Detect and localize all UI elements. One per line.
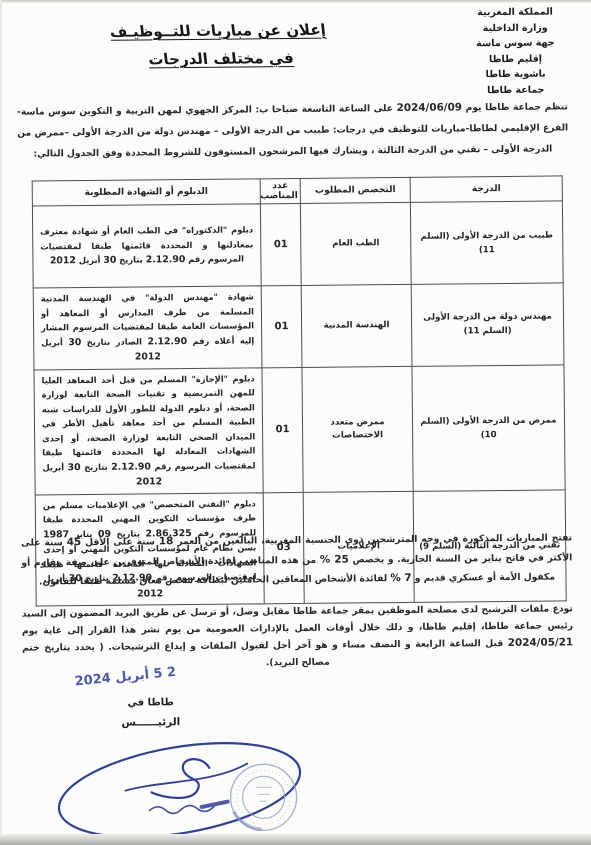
document-title: إعلان عن مباريات للتــوظيـف في مختلف الد… <box>94 16 344 74</box>
letterhead-line-region: جهة سوس ماسة <box>455 35 575 52</box>
text-segment: 2.12.90 <box>147 336 187 347</box>
col-header-specialty: التخصص المطلوب <box>300 177 410 203</box>
round-seal-stamp <box>230 764 297 831</box>
vacancy-row: مهندس دولة من الدرجة الأولى (السلم 11)ال… <box>33 283 564 370</box>
text-segment: 45 <box>67 536 82 548</box>
specialty-cell: الطب العام <box>300 202 411 285</box>
text-segment: الصادر بتاريخ <box>81 336 147 347</box>
grade-cell: طبيب من الدرجة الأولى (السلم 11) <box>410 201 563 284</box>
text-segment: سنة على الأقل <box>81 536 159 548</box>
text-segment: أبريل <box>41 337 68 347</box>
diploma-cell: دبلوم "الدكتوراه" في الطب العام أو شهادة… <box>32 204 261 288</box>
title-line-2: في مختلف الدرجات <box>97 44 344 74</box>
letterhead-line-pashalik: باشوية طاطا <box>456 66 576 83</box>
intro-paragraph: تنظم جماعة طاطا يوم 2024/06/09 على الساع… <box>17 96 569 164</box>
scan-edge-left <box>0 0 2 845</box>
place-line: طاطا في <box>111 697 191 709</box>
scanned-announcement-document: المملكة المغربية وزارة الداخلية جهة سوس … <box>0 0 591 845</box>
letterhead-line-province: إقليم طاطا <box>455 51 575 68</box>
letterhead: المملكة المغربية وزارة الداخلية جهة سوس … <box>455 4 576 98</box>
text-segment: لفائدة الأشخاص المعاقين الحاملين لبطاقة … <box>39 573 390 587</box>
text-segment: بتاريخ <box>81 461 112 471</box>
scan-edge-bottom <box>0 834 591 845</box>
text-segment: 2012 <box>50 255 76 266</box>
signature-name-bold-stroke <box>202 802 228 807</box>
text-segment: 2012 <box>136 476 162 487</box>
eligibility-paragraph: تفتح المباريات المذكورة في وجه المترشحين… <box>21 528 573 592</box>
grade-cell: مهندس دولة من الدرجة الأولى (السلم 11) <box>411 283 564 366</box>
col-header-diploma: الدبلوم أو الشهادة المطلوبة <box>32 179 260 206</box>
text-segment: تفتح المباريات المذكورة في وجه المترشحين… <box>173 532 572 547</box>
text-segment: 25 % <box>320 553 349 565</box>
signer-title: الرئيــــــس <box>101 716 201 729</box>
text-segment: قبل الساعة الرابعة و النصف مساء و هو آخر… <box>22 638 508 668</box>
text-segment: 7 % <box>390 572 411 584</box>
submission-paragraph: تودع ملفات الترشيح لدى مصلحة الموظفين بم… <box>22 601 574 673</box>
grade-cell: ممرض من الدرجة الأولى (السلم 10) <box>412 364 565 490</box>
letterhead-line-kingdom: المملكة المغربية <box>455 4 575 21</box>
diploma-cell: دبلوم "الإجازة" المسلم من قبل أحد المعاه… <box>34 367 263 494</box>
text-segment: تنظم جماعة طاطا يوم <box>462 101 568 113</box>
col-header-grade: الدرجة <box>410 176 562 202</box>
text-segment: 30 <box>68 337 81 348</box>
text-segment: 30 <box>103 255 116 266</box>
text-segment: 2.12.90 <box>146 254 186 265</box>
seal-inner-marks <box>256 787 272 801</box>
col-header-posts-count: عدد المناصب <box>260 178 300 203</box>
text-segment: 2012 <box>135 351 161 362</box>
vacancy-row: ممرض من الدرجة الأولى (السلم 10)ممرض متع… <box>34 364 565 494</box>
text-segment: بتاريخ <box>116 255 145 265</box>
text-segment: دبلوم "الإجازة" المسلم من قبل أحد المعاه… <box>42 373 256 471</box>
letterhead-line-ministry: وزارة الداخلية <box>455 20 575 37</box>
vacancy-row: طبيب من الدرجة الأولى (السلم 11)الطب الع… <box>32 201 563 288</box>
scan-edge-top <box>0 0 591 3</box>
signature-sweep <box>125 763 247 790</box>
specialty-cell: ممرض متعدد الاختصاصات <box>302 366 413 492</box>
text-segment: 30 <box>68 462 81 473</box>
document-content: المملكة المغربية وزارة الداخلية جهة سوس … <box>0 0 591 845</box>
specialty-cell: الهندسة المدنية <box>301 284 412 367</box>
text-segment: تودع ملفات الترشيح لدى مصلحة الموظفين بم… <box>22 603 573 636</box>
seal-inner-circle <box>242 776 284 818</box>
posts-count-cell: 01 <box>260 203 301 285</box>
signature-ellipse <box>52 733 307 845</box>
text-segment: 18 <box>159 535 174 547</box>
text-segment: 2024/06/09 <box>397 101 462 114</box>
text-segment: أبريل <box>76 255 104 265</box>
title-line-1: إعلان عن مباريات للتــوظيـف <box>94 16 341 46</box>
text-segment: أبريل <box>42 462 67 472</box>
text-segment: 2.12.90 <box>111 461 151 472</box>
posts-count-cell: 01 <box>262 367 303 492</box>
seal-ink-smudge <box>234 811 262 829</box>
text-segment: 2024/05/21 <box>508 636 573 649</box>
signature-and-seal <box>51 733 324 845</box>
diploma-cell: شهادة "مهندس الدولة" في الهندسة المدنية … <box>33 286 262 370</box>
posts-count-cell: 01 <box>261 285 302 367</box>
